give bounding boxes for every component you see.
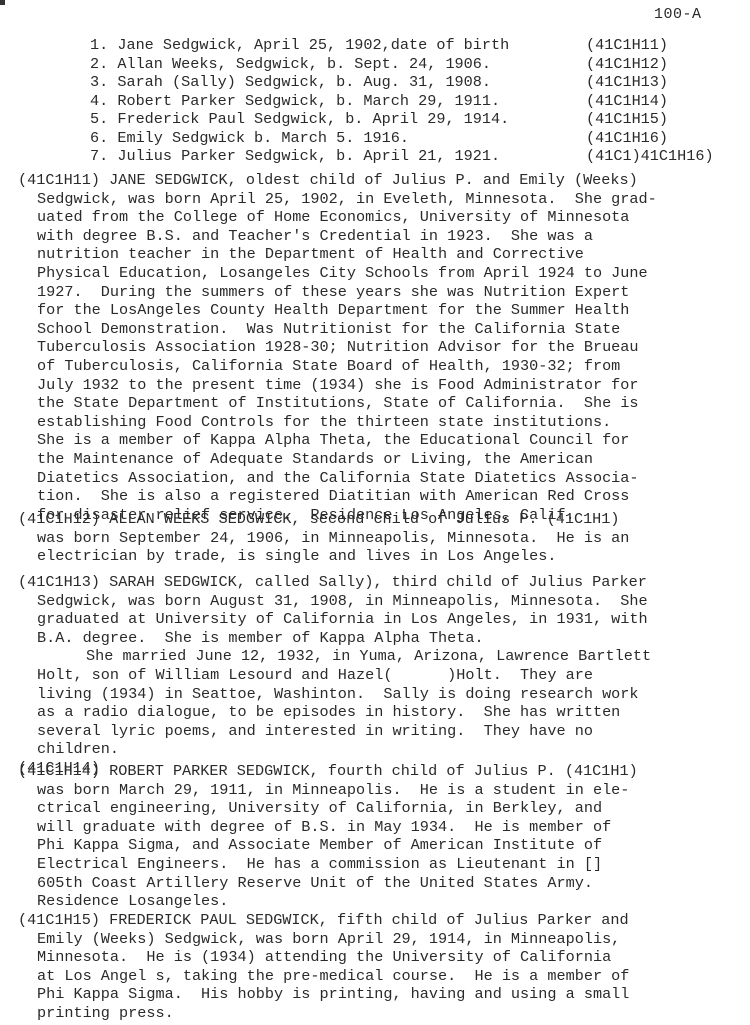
bio-line: Phi Kappa Sigma, and Associate Member of… bbox=[18, 836, 743, 855]
child-list-item: 6. Emily Sedgwick b. March 5. 1916.(41C1… bbox=[90, 129, 740, 148]
children-list: 1. Jane Sedgwick, April 25, 1902,date of… bbox=[90, 36, 740, 166]
bio-line: July 1932 to the present time (1934) she… bbox=[18, 376, 743, 395]
bio-line: (41C1H15) FREDERICK PAUL SEDGWICK, fifth… bbox=[18, 911, 743, 930]
biography-frederick-paul-sedgwick: (41C1H15) FREDERICK PAUL SEDGWICK, fifth… bbox=[18, 911, 743, 1023]
bio-line: will graduate with degree of B.S. in May… bbox=[18, 818, 743, 837]
bio-line: She is a member of Kappa Alpha Theta, th… bbox=[18, 431, 743, 450]
bio-line: Residence Losangeles. bbox=[18, 892, 743, 911]
bio-line: establishing Food Controls for the thirt… bbox=[18, 413, 743, 432]
bio-line: (41C1H13) SARAH SEDGWICK, called Sally),… bbox=[18, 573, 743, 592]
child-list-item: 5. Frederick Paul Sedgwick, b. April 29,… bbox=[90, 110, 740, 129]
bio-line: She married June 12, 1932, in Yuma, Ariz… bbox=[18, 647, 743, 666]
bio-line: Minnesota. He is (1934) attending the Un… bbox=[18, 948, 743, 967]
child-entry: 7. Julius Parker Sedgwick, b. April 21, … bbox=[90, 147, 586, 166]
bio-line: 605th Coast Artillery Reserve Unit of th… bbox=[18, 874, 743, 893]
bio-line: 1927. During the summers of these years … bbox=[18, 283, 743, 302]
bio-line: the Maintenance of Adequate Standards or… bbox=[18, 450, 743, 469]
child-entry: 2. Allan Weeks, Sedgwick, b. Sept. 24, 1… bbox=[90, 55, 586, 74]
biography-sarah-sedgwick: (41C1H13) SARAH SEDGWICK, called Sally),… bbox=[18, 573, 743, 778]
bio-line: Physical Education, Losangeles City Scho… bbox=[18, 264, 743, 283]
scan-corner-mark bbox=[0, 0, 5, 5]
bio-line: uated from the College of Home Economics… bbox=[18, 208, 743, 227]
child-list-item: 7. Julius Parker Sedgwick, b. April 21, … bbox=[90, 147, 740, 166]
child-entry: 5. Frederick Paul Sedgwick, b. April 29,… bbox=[90, 110, 586, 129]
bio-line: was born March 29, 1911, in Minneapolis.… bbox=[18, 781, 743, 800]
child-list-item: 2. Allan Weeks, Sedgwick, b. Sept. 24, 1… bbox=[90, 55, 740, 74]
child-entry: 6. Emily Sedgwick b. March 5. 1916. bbox=[90, 129, 586, 148]
bio-line: printing press. bbox=[18, 1004, 743, 1023]
bio-line: Emily (Weeks) Sedgwick, was born April 2… bbox=[18, 930, 743, 949]
bio-line: as a radio dialogue, to be episodes in h… bbox=[18, 703, 743, 722]
bio-line: Electrical Engineers. He has a commissio… bbox=[18, 855, 743, 874]
bio-line: (41C1H11) JANE SEDGWICK, oldest child of… bbox=[18, 171, 743, 190]
bio-line: B.A. degree. She is member of Kappa Alph… bbox=[18, 629, 743, 648]
bio-line: graduated at University of California in… bbox=[18, 610, 743, 629]
bio-line: Sedgwick, was born April 25, 1902, in Ev… bbox=[18, 190, 743, 209]
child-code: (41C1H12) bbox=[586, 55, 668, 74]
biography-allan-weeks-sedgwick: (41C1H12) ALLAN WEEKS SEDGWICK, second c… bbox=[18, 510, 743, 566]
bio-line: the State Department of Institutions, St… bbox=[18, 394, 743, 413]
child-code: (41C1H15) bbox=[586, 110, 668, 129]
bio-line: Sedgwick, was born August 31, 1908, in M… bbox=[18, 592, 743, 611]
child-entry: 3. Sarah (Sally) Sedgwick, b. Aug. 31, 1… bbox=[90, 73, 586, 92]
bio-line: ctrical engineering, University of Calif… bbox=[18, 799, 743, 818]
child-entry: 1. Jane Sedgwick, April 25, 1902,date of… bbox=[90, 36, 586, 55]
bio-line: at Los Angel s, taking the pre-medical c… bbox=[18, 967, 743, 986]
child-code: (41C1)41C1H16) bbox=[586, 147, 714, 166]
bio-line: nutrition teacher in the Department of H… bbox=[18, 245, 743, 264]
bio-line: (41C1H14) ROBERT PARKER SEDGWICK, fourth… bbox=[18, 762, 743, 781]
biography-robert-parker-sedgwick: (41C1H14) ROBERT PARKER SEDGWICK, fourth… bbox=[18, 762, 743, 911]
child-code: (41C1H11) bbox=[586, 36, 668, 55]
biography-jane-sedgwick: (41C1H11) JANE SEDGWICK, oldest child of… bbox=[18, 171, 743, 524]
bio-line: Tuberculosis Association 1928-30; Nutrit… bbox=[18, 338, 743, 357]
bio-line: electrician by trade, is single and live… bbox=[18, 547, 743, 566]
bio-line: Holt, son of William Lesourd and Hazel( … bbox=[18, 666, 743, 685]
bio-line: Phi Kappa Sigma. His hobby is printing, … bbox=[18, 985, 743, 1004]
bio-line: living (1934) in Seattoe, Washinton. Sal… bbox=[18, 685, 743, 704]
bio-line: children. bbox=[18, 740, 743, 759]
page-number: 100-A bbox=[654, 6, 702, 23]
child-list-item: 4. Robert Parker Sedgwick, b. March 29, … bbox=[90, 92, 740, 111]
bio-line: was born September 24, 1906, in Minneapo… bbox=[18, 529, 743, 548]
bio-line: Diatetics Association, and the Californi… bbox=[18, 469, 743, 488]
child-code: (41C1H16) bbox=[586, 129, 668, 148]
child-entry: 4. Robert Parker Sedgwick, b. March 29, … bbox=[90, 92, 586, 111]
bio-line: School Demonstration. Was Nutritionist f… bbox=[18, 320, 743, 339]
child-code: (41C1H14) bbox=[586, 92, 668, 111]
child-list-item: 3. Sarah (Sally) Sedgwick, b. Aug. 31, 1… bbox=[90, 73, 740, 92]
bio-line: with degree B.S. and Teacher's Credentia… bbox=[18, 227, 743, 246]
bio-line: for the LosAngeles County Health Departm… bbox=[18, 301, 743, 320]
child-list-item: 1. Jane Sedgwick, April 25, 1902,date of… bbox=[90, 36, 740, 55]
bio-line: (41C1H12) ALLAN WEEKS SEDGWICK, second c… bbox=[18, 510, 743, 529]
bio-line: several lyric poems, and interested in w… bbox=[18, 722, 743, 741]
bio-line: of Tuberculosis, California State Board … bbox=[18, 357, 743, 376]
bio-line: tion. She is also a registered Diatitian… bbox=[18, 487, 743, 506]
child-code: (41C1H13) bbox=[586, 73, 668, 92]
